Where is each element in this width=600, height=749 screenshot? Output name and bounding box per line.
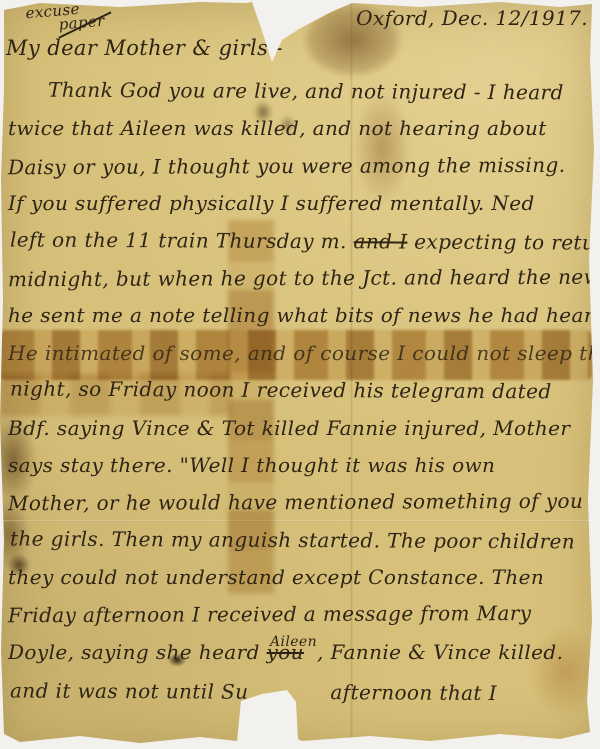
letter-line: midnight, but when he got to the Jct. an… [8, 265, 590, 292]
letter-line: Mother, or he would have mentioned somet… [8, 489, 590, 516]
letter-line: Doyle, saying she heard youAileen, Fanni… [8, 640, 590, 667]
line-text: If you suffered physically I suffered me… [8, 191, 535, 215]
letter-body: Thank God you are live, and not injured … [8, 79, 590, 718]
line-text: Bdf. saying Vince & Tot killed Fannie in… [8, 416, 570, 440]
letter-line: he sent me a note telling what bits of n… [8, 303, 590, 327]
line-text: night, so Friday noon I received his tel… [10, 377, 552, 404]
letter-line: night, so Friday noon I received his tel… [10, 377, 590, 404]
salutation: My dear Mother & girls - [6, 36, 283, 60]
letter-paper: excuse paper Oxford, Dec. 12/1917. My de… [0, 0, 600, 749]
letter-line: and it was not until Suafternoon that I [10, 679, 590, 706]
line-text: midnight, but when he got to the Jct. an… [8, 265, 600, 292]
excuse-paper-annotation: excuse paper [25, 0, 105, 34]
line-text: expecting to return at [407, 229, 600, 254]
line-text: twice that Aileen was killed, and not he… [8, 116, 547, 140]
struck-text: and I [354, 229, 408, 253]
line-text: the girls. Then my anguish started. The … [10, 526, 575, 553]
scanned-letter: excuse paper Oxford, Dec. 12/1917. My de… [0, 0, 600, 749]
line-text: Friday afternoon I received a message fr… [8, 601, 532, 627]
letter-line: left on the 11 train Thursday m. and I e… [10, 227, 590, 254]
letter-line: Bdf. saying Vince & Tot killed Fannie in… [8, 416, 590, 440]
line-text: says stay there. "Well I thought it was … [8, 453, 495, 477]
letter-line: Thank God you are live, and not injured … [10, 77, 590, 104]
line-text: Thank God you are live, and not injured … [48, 78, 564, 105]
line-text: Daisy or you, I thought you were among t… [8, 153, 566, 179]
line-text: He intimated of some, and of course I co… [8, 341, 600, 365]
line-text: and it was not until Su [10, 679, 249, 704]
letter-line: He intimated of some, and of course I co… [8, 341, 590, 365]
line-text: Mother, or he would have mentioned somet… [8, 489, 600, 516]
letter-line: the girls. Then my anguish started. The … [10, 526, 590, 553]
letter-line: they could not understand except Constan… [8, 565, 590, 589]
dateline: Oxford, Dec. 12/1917. [356, 6, 588, 30]
inserted-text: Aileen [270, 630, 317, 654]
line-text: Doyle, saying she heard [8, 640, 267, 664]
line-text: they could not understand except Constan… [8, 565, 544, 589]
line-text: afternoon that I [330, 680, 497, 705]
line-text: , Fannie & Vince killed. [317, 640, 563, 664]
line-text: he sent me a note telling what bits of n… [8, 303, 600, 327]
letter-line: Daisy or you, I thought you were among t… [8, 153, 590, 180]
letter-line: If you suffered physically I suffered me… [8, 191, 590, 215]
letter-line: says stay there. "Well I thought it was … [8, 453, 590, 477]
line-text: left on the 11 train Thursday m. [10, 227, 354, 253]
letter-line: twice that Aileen was killed, and not he… [8, 116, 590, 140]
letter-line: Friday afternoon I received a message fr… [8, 601, 590, 628]
